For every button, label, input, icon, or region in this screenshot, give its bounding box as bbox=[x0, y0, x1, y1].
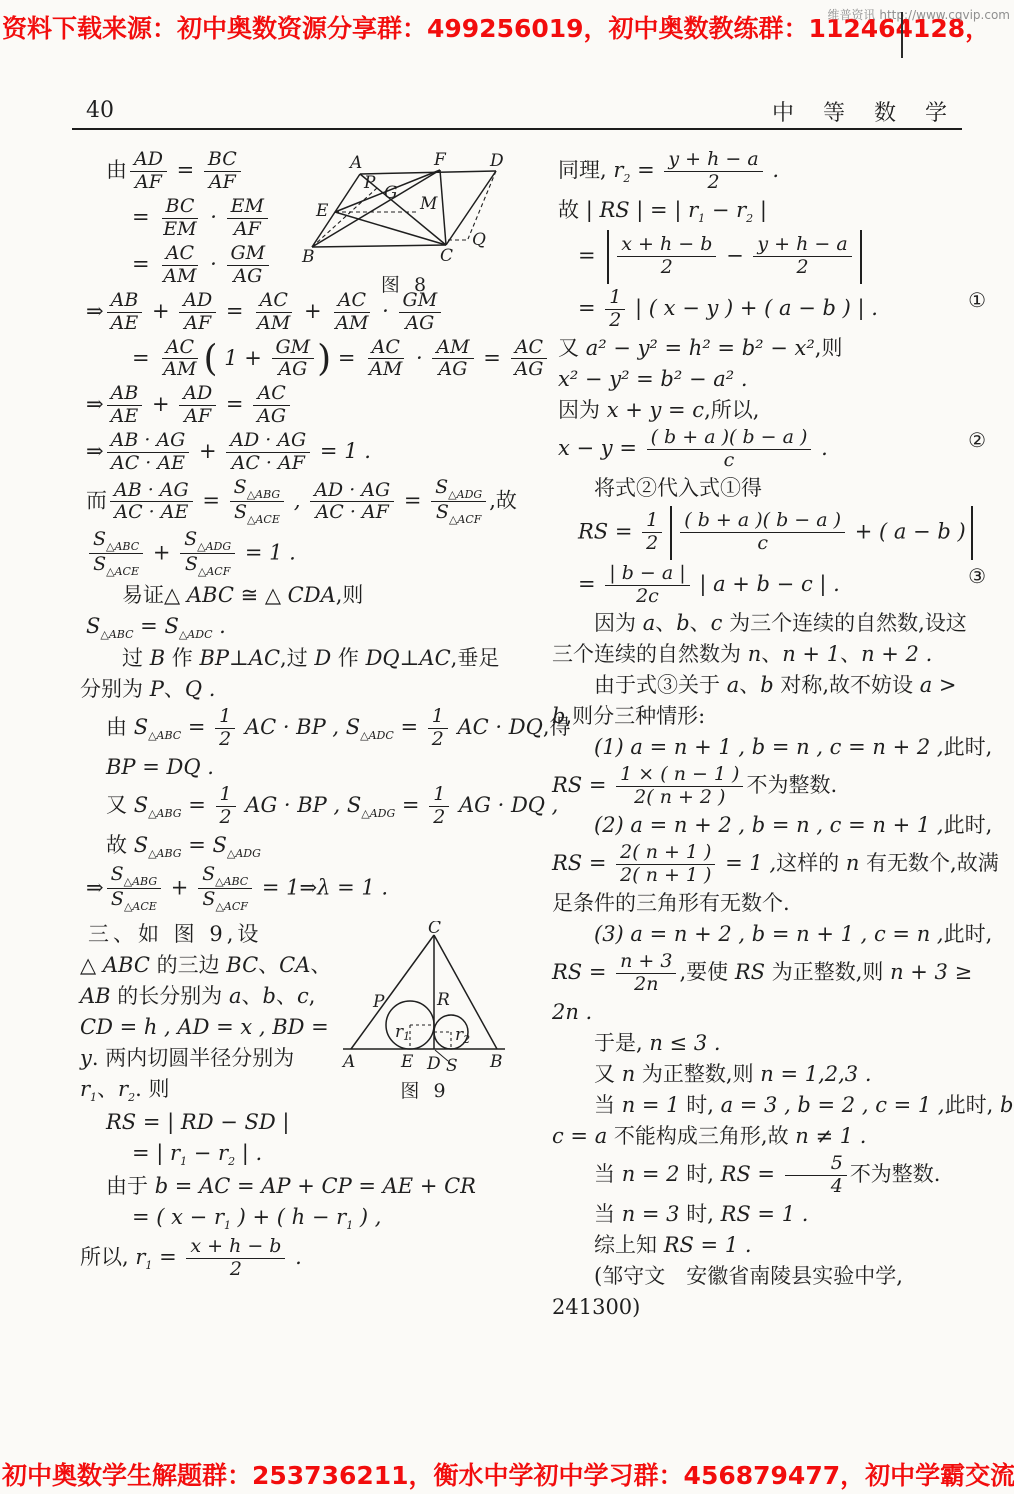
subscript: △ACF bbox=[449, 513, 481, 526]
fraction-denominator: 2 bbox=[428, 729, 448, 750]
math-run: AB bbox=[80, 984, 111, 1008]
fraction: 12 bbox=[605, 288, 625, 331]
subscripted-symbol: S△ABG bbox=[134, 833, 182, 857]
math-run: AC · DQ bbox=[451, 715, 543, 739]
fraction-denominator: AG bbox=[253, 406, 290, 427]
math-run: AE bbox=[111, 405, 139, 427]
math-run: · bbox=[203, 252, 223, 276]
text-run: ,要使 bbox=[679, 960, 734, 984]
fraction: AD · AGAC · AF bbox=[310, 481, 394, 524]
math-run: 2 bbox=[432, 728, 444, 750]
equation-number: ① bbox=[968, 288, 986, 313]
subscripted-symbol: r1 bbox=[214, 1205, 231, 1229]
math-run: n + 1 bbox=[782, 642, 840, 666]
math-line: ⇒ABAE + ADAF = ACAG bbox=[86, 384, 518, 427]
math-run: x² − y² = b² − a² . bbox=[558, 367, 748, 391]
math-line: = x + h − b2 − y + h − a2 bbox=[578, 230, 988, 284]
math-run: AB · AG bbox=[111, 429, 186, 451]
fraction: ACAM bbox=[331, 291, 372, 334]
fraction-numerator: 1 bbox=[428, 707, 448, 729]
subscripted-symbol: S△ABC bbox=[93, 528, 139, 550]
math-run: = bbox=[132, 205, 156, 229]
math-run: | . bbox=[235, 1141, 262, 1165]
fraction: | b − a |2c bbox=[605, 564, 689, 607]
fraction-numerator: AB · AG bbox=[110, 481, 193, 503]
math-run: AG bbox=[439, 358, 468, 380]
math-run: = bbox=[578, 243, 602, 267]
math-run: AC bbox=[372, 336, 400, 358]
math-line: c = a 不能构成三角形,故 n ≠ 1 . bbox=[552, 1123, 988, 1150]
fraction-numerator: n + 3 bbox=[616, 952, 676, 974]
math-run: x + h − b bbox=[621, 233, 712, 255]
math-run: b = AC = AP + CP = AE + CR bbox=[155, 1174, 476, 1198]
fraction-denominator: c bbox=[753, 533, 772, 554]
math-run: y + h − a bbox=[757, 233, 847, 255]
math-run: = bbox=[134, 614, 165, 638]
math-run: AF bbox=[184, 405, 211, 427]
math-run: b bbox=[760, 673, 773, 697]
math-run: = bbox=[132, 252, 156, 276]
math-run: + bbox=[164, 875, 195, 899]
math-run: = bbox=[394, 715, 425, 739]
fraction-numerator: EM bbox=[227, 197, 268, 219]
figure-label: C bbox=[440, 246, 453, 266]
fraction-denominator: 2 bbox=[642, 533, 662, 554]
subscripted-symbol: S△ADC bbox=[164, 614, 212, 638]
math-run: 1 bbox=[609, 286, 621, 308]
math-line: 所以, r1 = x + h − b2 . bbox=[80, 1237, 518, 1280]
math-line: 当 n = 2 时, RS = 54不为整数. bbox=[552, 1154, 988, 1197]
math-run: c bbox=[297, 984, 309, 1008]
subscripted-symbol: S△ADG bbox=[435, 476, 482, 498]
math-run: 2( n + 1 ) bbox=[620, 864, 711, 886]
math-run: · bbox=[376, 299, 396, 323]
fraction-numerator: AC bbox=[511, 338, 547, 360]
fraction-numerator: AD bbox=[179, 291, 216, 313]
text-run: △ bbox=[80, 953, 103, 977]
math-run: = 1 . bbox=[238, 540, 296, 564]
tall-abs-bar bbox=[860, 230, 862, 284]
math-run: AD · AG bbox=[314, 479, 390, 501]
text-run: 、 bbox=[840, 642, 861, 666]
figure-label: P bbox=[372, 992, 385, 1012]
math-symbol: ⇒ bbox=[86, 875, 104, 899]
text-run: 这样的 bbox=[776, 851, 846, 875]
math-run: . bbox=[288, 1245, 301, 1269]
math-run: . bbox=[212, 614, 225, 638]
subscripted-symbol: S△ABG bbox=[134, 793, 182, 817]
math-run: 1 bbox=[433, 783, 445, 805]
fraction-numerator: AM bbox=[432, 338, 473, 360]
math-run: AM bbox=[369, 358, 402, 380]
math-run: BP = DQ . bbox=[106, 755, 214, 779]
math-run: AC · AF bbox=[232, 452, 305, 474]
subscript: 1 bbox=[224, 1219, 231, 1232]
math-symbol: ⊥ bbox=[400, 646, 420, 670]
figure-label: M bbox=[419, 194, 438, 214]
text-run: 当 bbox=[594, 1093, 622, 1117]
math-run: n = 2 bbox=[622, 1162, 680, 1186]
math-run: , bbox=[287, 488, 307, 512]
math-run: CDA bbox=[288, 583, 336, 607]
math-run: a = 3 , b = 2 , c = 1 , bbox=[721, 1093, 945, 1117]
text-run: 、 bbox=[655, 611, 676, 635]
math-line: 易证△ ABC ≅ △ CDA,则 bbox=[80, 582, 518, 609]
text-run: 的三边 bbox=[150, 953, 226, 977]
math-run: = bbox=[152, 1245, 183, 1269]
fraction-numerator: AB · AG bbox=[107, 431, 190, 453]
text-run: 分别为 bbox=[80, 677, 150, 701]
math-line: 2n . bbox=[552, 999, 988, 1026]
subscript: △ABC bbox=[215, 875, 248, 888]
fraction: ADAF bbox=[130, 150, 167, 193]
math-run: BC bbox=[226, 953, 258, 977]
figure-label: E bbox=[400, 1052, 414, 1072]
math-run: − bbox=[719, 243, 750, 267]
text-run: 三个连续的自然数为 bbox=[552, 642, 748, 666]
fraction-numerator: AB bbox=[107, 384, 143, 406]
math-run: a > bbox=[920, 673, 957, 697]
fraction: 1 × ( n − 1 )2( n + 2 ) bbox=[616, 765, 743, 808]
fraction-denominator: AG bbox=[511, 359, 548, 380]
fraction: ACAM bbox=[365, 338, 406, 381]
subscript: △ACF bbox=[215, 900, 247, 913]
fraction-denominator: 2 bbox=[703, 172, 723, 193]
subscript: △ACE bbox=[247, 513, 280, 526]
header-rule bbox=[72, 128, 962, 130]
math-run: 1 bbox=[432, 705, 444, 727]
figure-label: C bbox=[428, 921, 441, 938]
math-run: = bbox=[132, 345, 156, 369]
subscript: △ABG bbox=[148, 847, 181, 860]
text-run: 对称,故不妨设 bbox=[774, 673, 920, 697]
fraction-denominator: AM bbox=[159, 359, 200, 380]
subscript: △ADG bbox=[448, 488, 482, 501]
subscript: △ABC bbox=[148, 730, 181, 743]
fraction-numerator: BC bbox=[204, 150, 241, 172]
fraction: BCAF bbox=[204, 150, 241, 193]
fraction: GMAG bbox=[399, 291, 442, 334]
math-run: 2c bbox=[636, 585, 659, 607]
math-run: AF bbox=[209, 171, 236, 193]
math-run: n bbox=[622, 1062, 636, 1086]
math-run: AB bbox=[111, 382, 139, 404]
fraction-numerator: GM bbox=[227, 244, 270, 266]
figure-label: E bbox=[315, 201, 329, 221]
fraction: ( b + a )( b − a )c bbox=[680, 511, 845, 554]
fraction: y + h − a2 bbox=[753, 235, 851, 278]
fraction: ABAE bbox=[107, 291, 143, 334]
fraction-numerator: y + h − a bbox=[753, 235, 851, 257]
math-run: AC bbox=[338, 289, 366, 311]
tall-abs-bar bbox=[670, 506, 672, 560]
math-run: AC · BP , bbox=[238, 715, 346, 739]
subscript: 1 bbox=[90, 1091, 97, 1104]
math-line: 又 a² − y² = h² = b² − x²,则 bbox=[558, 335, 988, 362]
math-run: B bbox=[150, 646, 165, 670]
math-run: AD bbox=[183, 382, 212, 404]
fraction-numerator: 1 bbox=[642, 511, 662, 533]
fraction-denominator: c bbox=[720, 450, 739, 471]
figure-8-diagram: AFDEPGMBCQ bbox=[300, 152, 512, 267]
tall-abs-bar bbox=[607, 230, 609, 284]
math-run: = bbox=[182, 833, 213, 857]
math-run: = | bbox=[132, 1141, 170, 1165]
math-run: 5 bbox=[831, 1152, 843, 1174]
fraction-numerator: AC bbox=[368, 338, 404, 360]
fraction-denominator: S△ACF bbox=[198, 889, 251, 912]
math-run: − bbox=[187, 1141, 218, 1165]
fraction-denominator: AG bbox=[401, 313, 438, 334]
math-run: n + 3 ≥ bbox=[890, 960, 972, 984]
math-run: RS = | RD − SD | bbox=[106, 1110, 289, 1134]
math-run: AD bbox=[134, 148, 163, 170]
math-run: + bbox=[297, 299, 328, 323]
subscript: △ACE bbox=[106, 565, 139, 578]
math-line: BP = DQ . bbox=[106, 754, 518, 781]
math-run: 2 bbox=[707, 171, 719, 193]
math-run: CA bbox=[279, 953, 310, 977]
math-run: AG · BP , bbox=[239, 793, 347, 817]
fraction-denominator: S△ACE bbox=[89, 554, 143, 577]
math-run: 2 bbox=[433, 806, 445, 828]
math-run: · bbox=[204, 205, 224, 229]
math-run: ) , bbox=[353, 1205, 381, 1229]
subscripted-symbol: S△ADG bbox=[347, 793, 395, 817]
math-run: n bbox=[846, 851, 860, 875]
math-line: ①= 12 | ( x − y ) + ( a − b ) | . bbox=[578, 288, 988, 331]
fraction: S△ABGS△ACE bbox=[107, 865, 162, 913]
page-number: 40 bbox=[86, 98, 114, 123]
math-run: + bbox=[192, 439, 223, 463]
math-run: AG · DQ , bbox=[452, 793, 558, 817]
subscripted-symbol: r1 bbox=[688, 198, 705, 222]
text-run: 、 bbox=[242, 984, 263, 1008]
math-run: | a + b − c | . bbox=[693, 572, 840, 596]
fraction-denominator: 2 bbox=[792, 257, 812, 278]
figure-label: Q bbox=[472, 230, 486, 250]
math-run: AE bbox=[111, 312, 139, 334]
math-line: ③= | b − a |2c | a + b − c | . bbox=[578, 564, 988, 607]
math-symbol: ⇒ bbox=[86, 299, 104, 323]
math-run: x + h − b bbox=[190, 1235, 281, 1257]
fraction-denominator: AG bbox=[274, 359, 311, 380]
equation-number: ② bbox=[968, 428, 986, 453]
math-run: 2 bbox=[230, 1258, 242, 1280]
fraction-numerator: AD bbox=[179, 384, 216, 406]
math-run: a bbox=[643, 611, 656, 635]
figure-label: D bbox=[489, 152, 504, 171]
math-line: = ( x − r1 ) + ( h − r1 ) , bbox=[132, 1204, 518, 1233]
math-run: a bbox=[229, 984, 242, 1008]
math-line: 同理, r2 = y + h − a2 . bbox=[558, 150, 988, 193]
math-run: GM bbox=[276, 336, 311, 358]
fraction-numerator: x + h − b bbox=[617, 235, 716, 257]
math-run: 2n . bbox=[552, 1000, 592, 1024]
text-run: 当 bbox=[594, 1202, 622, 1226]
fraction-denominator: AF bbox=[131, 172, 166, 193]
fraction-numerator: 5 bbox=[785, 1154, 847, 1176]
math-run: = bbox=[219, 392, 250, 416]
math-run: RS = 1 . bbox=[721, 1202, 809, 1226]
math-run: = bbox=[578, 572, 602, 596]
fraction-denominator: AF bbox=[180, 406, 215, 427]
subscripted-symbol: S△ACF bbox=[202, 888, 247, 910]
subscripted-symbol: r2 bbox=[118, 1077, 135, 1101]
math-run: (2) a = n + 2 , b = n , c = n + 1 , bbox=[594, 813, 944, 837]
math-run: AM bbox=[335, 312, 368, 334]
math-run: . bbox=[766, 158, 779, 182]
fraction: y + h − a2 bbox=[664, 150, 762, 193]
figure-label: A bbox=[341, 1052, 355, 1072]
math-line: 三个连续的自然数为 n、n + 1、n + 2 . bbox=[552, 641, 988, 668]
math-run: y + h − a bbox=[668, 148, 758, 170]
fraction-numerator: GM bbox=[272, 338, 315, 360]
math-line: x² − y² = b² − a² . bbox=[558, 366, 988, 393]
math-run: n ≤ 3 . bbox=[649, 1031, 720, 1055]
fraction-denominator: AC · AE bbox=[110, 502, 192, 523]
math-run: | b − a | bbox=[609, 562, 685, 584]
banner-bottom-text: 初中奥数学生解题群：253736211，衡水中学初中学习群：456879477，… bbox=[2, 1456, 1014, 1492]
text-run: 、 bbox=[97, 1077, 118, 1101]
fraction: 12 bbox=[642, 511, 662, 554]
subscript: △ACF bbox=[198, 565, 230, 578]
text-run: 、 bbox=[761, 642, 782, 666]
fraction-numerator: 1 bbox=[429, 785, 449, 807]
text-run: 由于式③关于 bbox=[594, 673, 727, 697]
fraction-denominator: AC · AE bbox=[107, 453, 189, 474]
math-line: b,则分三种情形: bbox=[552, 703, 988, 730]
math-line: 故 S△ABG = S△ADG bbox=[106, 832, 518, 861]
text-run: 又 bbox=[594, 1062, 622, 1086]
math-line: RS = 1 × ( n − 1 )2( n + 2 )不为整数. bbox=[552, 765, 988, 808]
fraction-numerator: AC bbox=[334, 291, 370, 313]
fraction-denominator: 2 bbox=[226, 1259, 246, 1280]
math-run: AG bbox=[405, 312, 434, 334]
math-line: 足条件的三角形有无数个. bbox=[552, 890, 988, 917]
fraction: AD · AGAC · AF bbox=[226, 431, 310, 474]
fraction-denominator: AC · AF bbox=[312, 502, 393, 523]
math-run: AC · AF bbox=[316, 501, 389, 523]
math-run: AC bbox=[260, 289, 288, 311]
math-line: 当 n = 3 时, RS = 1 . bbox=[552, 1201, 988, 1228]
fraction-denominator: 2 bbox=[429, 807, 449, 828]
math-run: GM bbox=[231, 242, 266, 264]
math-line: (邹守文 安徽省南陵县实验中学, bbox=[552, 1263, 988, 1290]
math-run: | RS | = | bbox=[586, 198, 688, 222]
fraction: ADAF bbox=[179, 384, 216, 427]
math-run: | ( x − y ) + ( a − b ) | . bbox=[628, 296, 878, 320]
text-run: 同理, bbox=[558, 158, 613, 182]
subscripted-symbol: S△ABC bbox=[202, 863, 248, 885]
fraction-numerator: 2( n + 1 ) bbox=[616, 843, 715, 865]
math-line: RS = 12( b + a )( b − a )c + ( a − b ) bbox=[578, 506, 988, 560]
math-run: x + y = c bbox=[607, 398, 704, 422]
math-run: AF bbox=[135, 171, 162, 193]
math-run: = bbox=[578, 296, 602, 320]
fraction-numerator: 1 × ( n − 1 ) bbox=[616, 765, 743, 787]
fraction-numerator: 1 bbox=[216, 785, 236, 807]
fraction: 12 bbox=[429, 785, 449, 828]
math-run: AM bbox=[257, 312, 290, 334]
math-run: AG bbox=[278, 358, 307, 380]
math-run: AC bbox=[515, 336, 543, 358]
fraction-numerator: 1 bbox=[605, 288, 625, 310]
fraction: x + h − b2 bbox=[186, 1237, 285, 1280]
text-run: 由 bbox=[106, 715, 134, 739]
fraction-numerator: BC bbox=[162, 197, 199, 219]
fraction: AMAG bbox=[432, 338, 473, 381]
math-run: λ = 1 . bbox=[317, 875, 388, 899]
fraction-denominator: AG bbox=[435, 359, 472, 380]
subscripted-symbol: r2 bbox=[218, 1141, 235, 1165]
fraction-numerator: | b − a | bbox=[605, 564, 689, 586]
fraction-denominator: 2( n + 2 ) bbox=[630, 787, 729, 808]
math-run: 2( n + 2 ) bbox=[634, 786, 725, 808]
math-run: = bbox=[182, 793, 213, 817]
math-run: 1 + bbox=[218, 345, 269, 369]
fraction: ACAM bbox=[253, 291, 294, 334]
math-line: (2) a = n + 2 , b = n , c = n + 1 ,此时, bbox=[552, 812, 988, 839]
text-run: 足条件的三角形有无数个. bbox=[552, 891, 790, 915]
math-run: − bbox=[705, 198, 736, 222]
fraction-numerator: S△ABC bbox=[198, 865, 252, 889]
math-run: 2 bbox=[796, 256, 808, 278]
big-paren: ( bbox=[203, 338, 217, 379]
text-run: ,则 bbox=[336, 583, 364, 607]
subscripted-symbol: S△ADC bbox=[346, 715, 394, 739]
math-line: 于是, n ≤ 3 . bbox=[552, 1030, 988, 1057]
text-run: 作 bbox=[165, 646, 199, 670]
math-run: = bbox=[181, 715, 212, 739]
figure-label: F bbox=[433, 152, 447, 170]
fraction: ACAM bbox=[159, 244, 200, 287]
text-run: ,过 bbox=[280, 646, 314, 670]
math-run: c bbox=[757, 532, 768, 554]
fraction-numerator: S△ABG bbox=[107, 865, 162, 889]
math-run: = 1 . bbox=[313, 439, 371, 463]
figure-label: G bbox=[384, 183, 398, 203]
figure-label: S bbox=[446, 1056, 458, 1073]
fraction-denominator: S△ACE bbox=[230, 502, 284, 525]
text-run: ,则分三种情形: bbox=[565, 704, 705, 728]
math-run: = bbox=[219, 299, 250, 323]
math-run: 4 bbox=[831, 1175, 843, 1197]
math-run: AC bbox=[249, 646, 280, 670]
fraction-denominator: S△ACE bbox=[107, 889, 161, 912]
text-run: 故 bbox=[558, 198, 586, 222]
subscripted-symbol: S△ABG bbox=[234, 476, 281, 498]
fraction: ACAM bbox=[159, 338, 200, 381]
math-line: 综上知 RS = 1 . bbox=[552, 1232, 988, 1259]
subscripted-symbol: r2 bbox=[736, 198, 753, 222]
math-run: AC · AE bbox=[114, 501, 188, 523]
figure-label: A bbox=[348, 153, 362, 173]
text-run: 不能构成三角形,故 bbox=[607, 1124, 795, 1148]
fraction: S△ABCS△ACF bbox=[198, 865, 252, 913]
text-run: 此时, bbox=[944, 813, 993, 837]
subscripted-symbol: S△ACF bbox=[185, 553, 230, 575]
math-run: = 1 , bbox=[718, 851, 776, 875]
math-run: RS = bbox=[552, 960, 613, 984]
journal-title: 中 等 数 学 bbox=[772, 96, 958, 127]
fraction-numerator: AB bbox=[107, 291, 143, 313]
figure-9: CPRAEDSBr1r2 图 9 bbox=[332, 921, 518, 1103]
text-run: 、 bbox=[690, 611, 711, 635]
math-run: RS = 1 . bbox=[664, 1233, 752, 1257]
fraction-numerator: AC bbox=[162, 338, 198, 360]
text-run: ,故 bbox=[489, 488, 517, 512]
